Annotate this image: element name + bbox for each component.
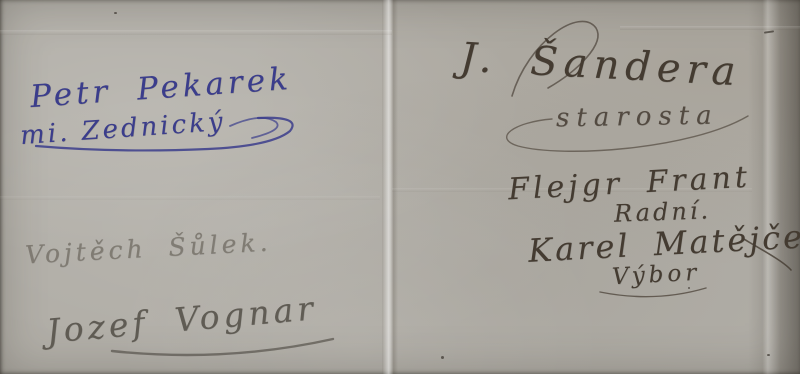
paper-speck — [688, 287, 690, 289]
horizontal-crease — [0, 196, 380, 200]
horizontal-crease — [0, 30, 392, 35]
signature-j-sandera: J. Šandera — [459, 35, 743, 96]
signature-role-starosta: starosta — [556, 101, 719, 134]
paper-speck — [767, 354, 770, 356]
signature-petr-pekarek: Petr Pekarek — [29, 61, 293, 115]
right-fold-crease — [748, 0, 800, 374]
flourish-zednicky-loop — [230, 118, 278, 138]
paper-speck — [441, 356, 444, 359]
paper-speck — [764, 30, 774, 33]
signature-jozef-vognar: Jozef Vognar — [45, 288, 319, 350]
signature-vojtech-sulek: Vojtěch Šůlek. — [24, 228, 272, 270]
signature-role-vybor: Výbor — [611, 260, 700, 291]
paper-speck — [114, 12, 117, 14]
document-photo: Petr Pekarek mi. Zednický J. Šandera sta… — [0, 0, 800, 374]
vertical-fold-crease — [382, 0, 398, 374]
